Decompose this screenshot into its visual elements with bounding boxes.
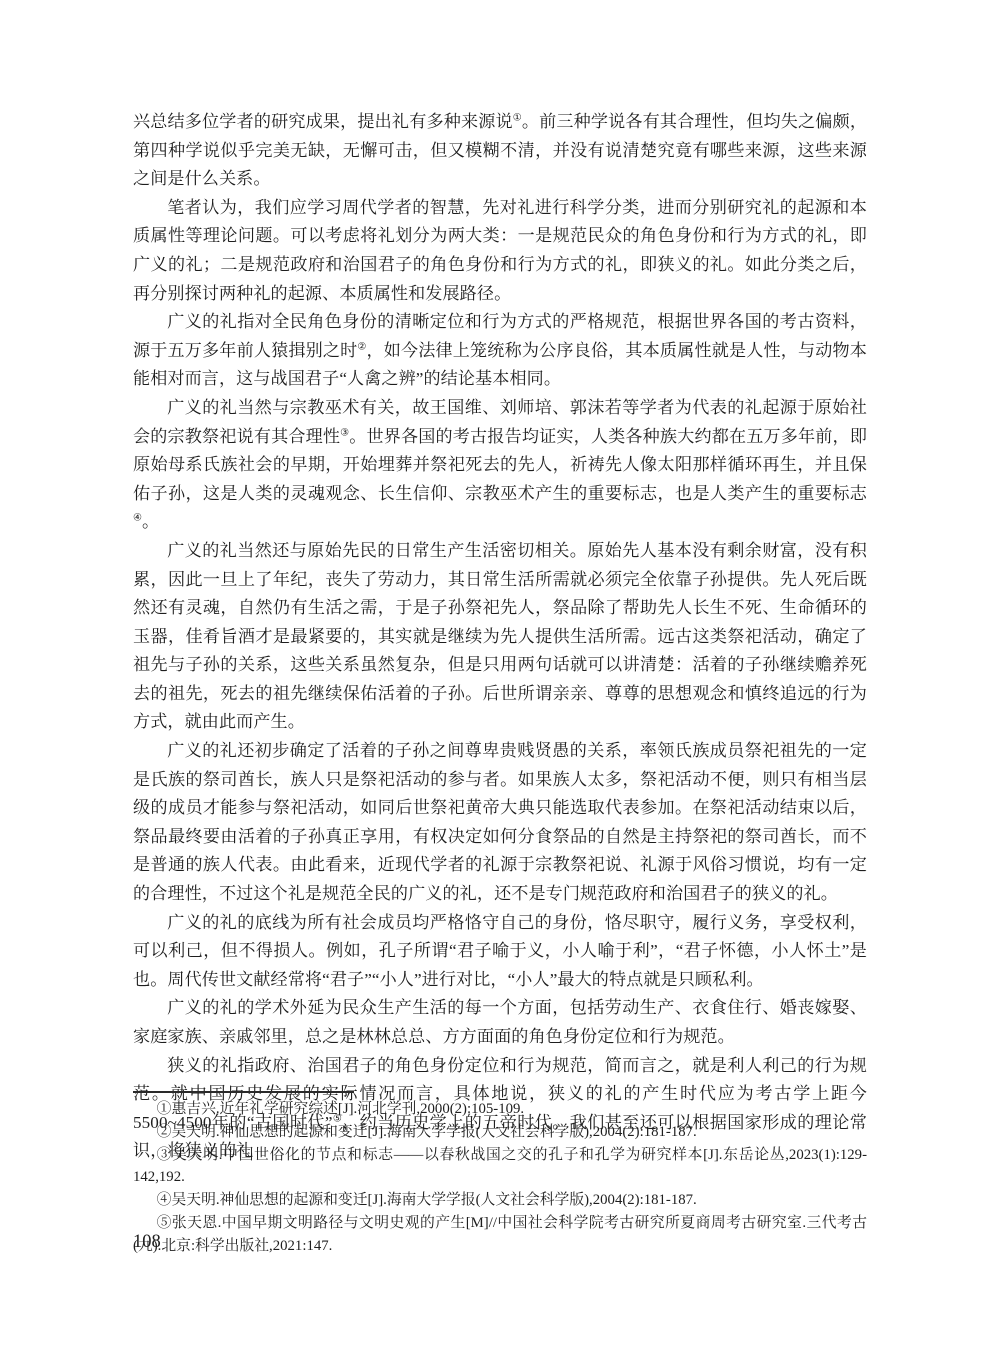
paragraph-text: 广义的礼还初步确定了活着的子孙之间尊卑贵贱贤愚的关系，率领氏族成员祭祀祖先的一定… (133, 741, 867, 903)
paragraph: 广义的礼还初步确定了活着的子孙之间尊卑贵贱贤愚的关系，率领氏族成员祭祀祖先的一定… (133, 737, 867, 909)
footnote: ②吴天明.神仙思想的起源和变迁[J].海南大学学报(人文社会科学版),2004(… (133, 1121, 867, 1144)
footnote: ①惠吉兴.近年礼学研究综述[J].河北学刊,2000(2):105-109. (133, 1098, 867, 1121)
paragraph: 广义的礼指对全民角色身份的清晰定位和行为方式的严格规范，根据世界各国的考古资料，… (133, 308, 867, 394)
paragraph: 广义的礼的学术外延为民众生产生活的每一个方面，包括劳动生产、衣食住行、婚丧嫁娶、… (133, 994, 867, 1051)
footnote: ④吴天明.神仙思想的起源和变迁[J].海南大学学报(人文社会科学版),2004(… (133, 1189, 867, 1212)
body-text: 兴总结多位学者的研究成果，提出礼有多种来源说①。前三种学说各有其合理性，但均失之… (133, 108, 867, 1166)
footnotes: ①惠吉兴.近年礼学研究综述[J].河北学刊,2000(2):105-109.②吴… (133, 1098, 867, 1258)
footnote-ref: ③ (340, 427, 349, 438)
paragraph-text: 广义的礼当然还与原始先民的日常生产生活密切相关。原始先人基本没有剩余财富，没有积… (133, 541, 867, 732)
footnote: ⑤张天恩.中国早期文明路径与文明史观的产生[M]//中国社会科学院考古研究所夏商… (133, 1212, 867, 1258)
paragraph-text: 笔者认为，我们应学习周代学者的智慧，先对礼进行科学分类，进而分别研究礼的起源和本… (133, 198, 867, 303)
paragraph: 笔者认为，我们应学习周代学者的智慧，先对礼进行科学分类，进而分别研究礼的起源和本… (133, 194, 867, 308)
paragraph-text: 广义的礼的底线为所有社会成员均严格恪守自己的身份，恪尽职守，履行义务，享受权利，… (133, 913, 867, 989)
footnote-ref: ④ (133, 513, 142, 524)
footnote-separator (133, 1091, 354, 1093)
paragraph-text: 广义的礼的学术外延为民众生产生活的每一个方面，包括劳动生产、衣食住行、婚丧嫁娶、… (133, 998, 867, 1046)
paragraph: 广义的礼的底线为所有社会成员均严格恪守自己的身份，恪尽职守，履行义务，享受权利，… (133, 909, 867, 995)
paragraph-text: 兴总结多位学者的研究成果，提出礼有多种来源说 (133, 112, 513, 131)
footnote: ③吴天明.中国世俗化的节点和标志——以春秋战国之交的孔子和孔学为研究样本[J].… (133, 1144, 867, 1190)
paragraph: 广义的礼当然还与原始先民的日常生产生活密切相关。原始先人基本没有剩余财富，没有积… (133, 537, 867, 737)
document-page: 兴总结多位学者的研究成果，提出礼有多种来源说①。前三种学说各有其合理性，但均失之… (0, 0, 1000, 1347)
page-number: 108 (133, 1232, 161, 1253)
paragraph: 广义的礼当然与宗教巫术有关，故王国维、刘师培、郭沫若等学者为代表的礼起源于原始社… (133, 394, 867, 537)
paragraph-text: 。 (142, 512, 159, 531)
footnote-ref: ① (513, 112, 522, 123)
paragraph: 兴总结多位学者的研究成果，提出礼有多种来源说①。前三种学说各有其合理性，但均失之… (133, 108, 867, 194)
